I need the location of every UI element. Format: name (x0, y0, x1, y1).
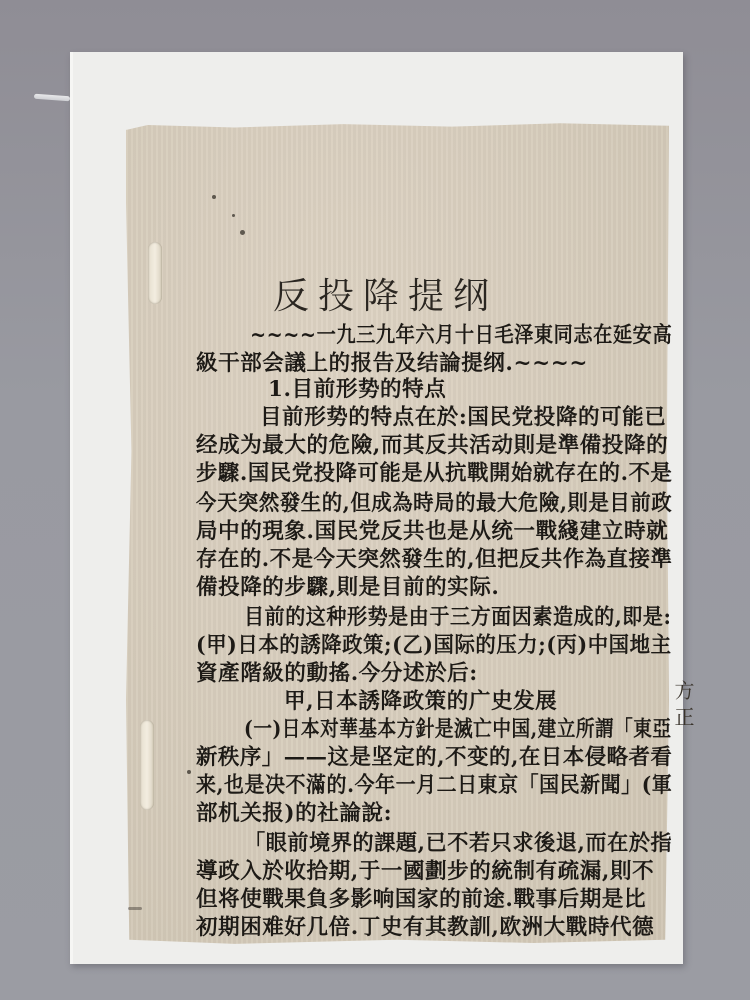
quotation-line: 導政入於收拾期,于一國劃步的統制有疏漏,則不 (196, 858, 654, 886)
document-title: 反投降提纲 (273, 268, 498, 319)
text-line: 步驟.国民党投降可能是从抗戰開始就存在的.不是 (196, 460, 672, 488)
text-line: 資產階級的動搖.今分述於后: (196, 660, 478, 688)
text-line: 備投降的步驟,則是目前的实际. (196, 574, 499, 602)
margin-note: 方 正 (670, 680, 696, 726)
quotation-line: 初期困难好几倍.丁史有其教訓,欧洲大戰時代德 (196, 914, 654, 942)
text-line: 部机关报)的社論說: (196, 800, 392, 828)
text-line: ~~~~一九三九年六月十日毛泽東同志在延安高 (250, 322, 672, 350)
text-line: 新秩序」——这是坚定的,不变的,在日本侵略者看 (196, 744, 672, 772)
text-line: 目前的这种形势是由于三方面因素造成的,即是: (244, 604, 671, 632)
text-line: 来,也是决不滿的.今年一月二日東京「国民新聞」(軍 (196, 772, 672, 800)
text-line: 存在的.不是今天突然發生的,但把反共作為直接準 (196, 546, 672, 574)
text-line: 局中的現象.国民党反共也是从统一戰綫建立時就 (196, 518, 668, 546)
text-line: (一)日本对華基本方針是滅亡中国,建立所謂「東亞 (244, 716, 672, 744)
quotation-line: 「眼前境界的課題,已不若只求後退,而在於指 (244, 830, 672, 858)
text-line: (甲)日本的誘降政策;(乙)国际的压力;(丙)中国地主 (196, 632, 672, 660)
text-line: 級干部会議上的报告及结論提纲.~~~~ (196, 350, 588, 378)
manuscript-text: 反投降提纲 ~~~~一九三九年六月十日毛泽東同志在延安高 級干部会議上的报告及结… (0, 0, 750, 1000)
subsection-heading: 甲,日本誘降政策的广史发展 (284, 688, 557, 716)
text-line: 经成为最大的危險,而其反共活动則是準備投降的 (196, 432, 668, 460)
text-line: 目前形势的特点在於:国民党投降的可能已 (260, 404, 666, 432)
text-line: 今天突然發生的,但成為時局的最大危險,則是目前政 (196, 490, 672, 518)
section-heading: 1.目前形势的特点 (268, 376, 446, 404)
quotation-line: 但将使戰果負多影响国家的前途.戰事后期是比 (196, 886, 646, 914)
